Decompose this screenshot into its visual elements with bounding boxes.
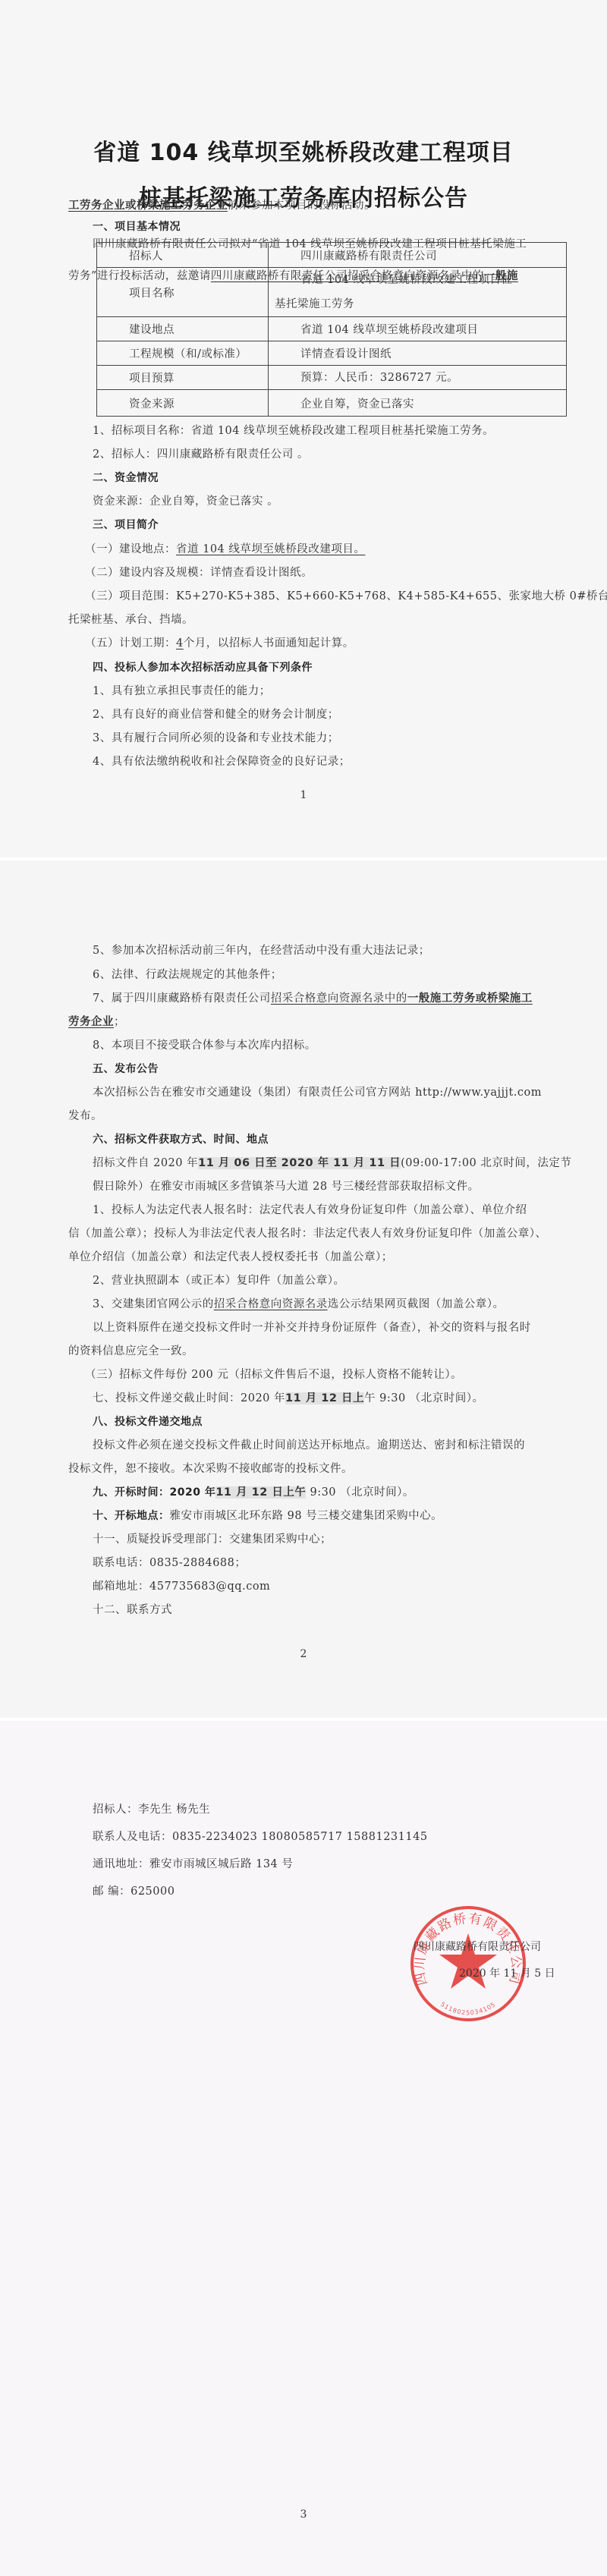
section-7-deadline: 七、投标文件递交截止时间：2020 年11 月 12 日上午 9:30 （北京时… (93, 1392, 484, 1405)
section-6-time-line1: 招标文件自 2020 年11 月 06 日至 2020 年 11 月 11 日(… (93, 1156, 571, 1170)
section-11-email: 邮箱地址：457735683@qq.com (93, 1580, 270, 1593)
table-key: 建设地点 (97, 317, 269, 341)
table-key: 资金来源 (97, 390, 269, 417)
section-6-time-line2: 假日除外）在雅安市雨城区多营镇茶马大道 28 号三楼经营部获取招标文件。 (93, 1180, 480, 1194)
section-8-line1: 投标文件必须在递交投标文件截止时间前送达开标地点。逾期送达、密封和标注错误的 (93, 1439, 525, 1452)
section-3-content: （二）建设内容及规模：详情查看设计图纸。 (85, 566, 313, 580)
contact-address: 通讯地址：雅安市雨城区城后路 134 号 (93, 1857, 293, 1871)
table-row: 工程规模（和/或标准） 详情查看设计图纸 (97, 341, 567, 366)
intro-paragraph-line3: 工劳务企业或桥梁施工劳务企业前来参加本项目的投标活动。 (68, 199, 376, 212)
section-4-heading: 四、投标人参加本次招标活动应具备下列条件 (93, 661, 313, 675)
table-value: 预算：人民币：3286727 元。 (269, 366, 567, 390)
section-6-req1-line3: 单位介绍信（加盖公章）和法定代表人授权委托书（加盖公章）； (68, 1250, 393, 1264)
section-6-heading: 六、招标文件获取方式、时间、地点 (93, 1133, 269, 1146)
page-number: 2 (0, 1648, 607, 1660)
page-3 (0, 1721, 607, 2576)
table-key: 项目名称 (97, 268, 269, 317)
page-number: 3 (0, 2508, 607, 2521)
table-key: 工程规模（和/或标准） (97, 341, 269, 366)
section-6-req1-line2: 信（加盖公章）；投标人为非法定代表人报名时：非法定代表人有效身份证复印件（加盖公… (68, 1227, 547, 1241)
section-11-heading: 十一、质疑投诉受理部门：交建集团采购中心； (93, 1533, 332, 1546)
section-3-site: （一）建设地点：省道 104 线草坝至姚桥段改建项目。 (85, 543, 365, 556)
section-2-heading: 二、资金情况 (93, 471, 159, 485)
section-6-req3: 3、交建集团官网公示的招采合格意向资源名录选公示结果网页截图（加盖公章）。 (93, 1297, 504, 1311)
section-10-opening-location: 十、开标地点：雅安市雨城区北环东路 98 号三楼交建集团采购中心。 (93, 1509, 442, 1523)
condition-item: 4、具有依法缴纳税收和社会保障资金的良好记录； (93, 755, 351, 769)
table-row: 招标人 四川康藏路桥有限责任公司 (97, 243, 567, 268)
table-value: 省道 104 线草坝至姚桥段改建工程项目桩基托梁施工劳务 (269, 268, 567, 317)
page-2 (0, 860, 607, 1718)
section-3-scope-line2: 托梁桩基、承台、挡墙。 (68, 613, 193, 627)
condition-item: 6、法律、行政法规规定的其他条件； (93, 968, 282, 982)
section-6-fee: （三）招标文件每份 200 元（招标文件售后不退，投标人资格不能转让）。 (85, 1368, 462, 1382)
document-title-line1: 省道 104 线草坝至姚桥段改建工程项目 (0, 134, 607, 167)
section-8-heading: 八、投标文件递交地点 (93, 1415, 203, 1429)
condition-item-7-line2: 劳务企业； (68, 1015, 125, 1029)
section-11-phone: 联系电话：0835-2884688； (93, 1556, 246, 1570)
section-5-line1: 本次招标公告在雅安市交通建设（集团）有限责任公司官方网站 http://www.… (93, 1086, 542, 1099)
section-3-heading: 三、项目简介 (93, 518, 159, 532)
signature-date: 2020 年 11 月 5 日 (459, 1965, 555, 1980)
section-6-note-line2: 的资料信息应完全一致。 (68, 1345, 193, 1358)
table-key: 招标人 (97, 243, 269, 268)
section-1-item-2: 2、招标人：四川康藏路桥有限责任公司 。 (93, 448, 309, 461)
section-1-heading: 一、项目基本情况 (93, 220, 181, 234)
table-row: 项目预算 预算：人民币：3286727 元。 (97, 366, 567, 390)
section-6-req1-line1: 1、投标人为法定代表人报名时：法定代表人有效身份证复印件（加盖公章）、单位介绍 (93, 1203, 527, 1217)
table-key: 项目预算 (97, 366, 269, 390)
table-value: 详情查看设计图纸 (269, 341, 567, 366)
table-row: 资金来源 企业自筹，资金已落实 (97, 390, 567, 417)
section-8-line2: 投标文件，恕不接收。本次采购不接收邮寄的投标文件。 (68, 1462, 353, 1476)
section-3-period: （五）计划工期：4个月，以招标人书面通知起计算。 (85, 637, 354, 650)
section-3-scope-line1: （三）项目范围：K5+270-K5+385、K5+660-K5+768、K4+5… (85, 590, 607, 603)
section-1-item-1: 1、招标项目名称：省道 104 线草坝至姚桥段改建工程项目桩基托梁施工劳务。 (93, 424, 494, 438)
condition-item: 5、参加本次招标活动前三年内，在经营活动中没有重大违法记录； (93, 944, 430, 958)
section-9-opening-time: 九、开标时间：2020 年11 月 12 日上午 9:30 （北京时间）。 (93, 1486, 414, 1499)
section-12-heading: 十二、联系方式 (93, 1603, 172, 1617)
contact-tenderer: 招标人：李先生 杨先生 (93, 1803, 210, 1816)
section-6-note-line1: 以上资料原件在递交投标文件时一并补交并持身份证原件（备查），补交的资料与报名时 (93, 1321, 531, 1335)
table-value: 省道 104 线草坝至姚桥段改建项目 (269, 317, 567, 341)
company-seal-icon: 四川康藏路桥有限责任公司 5118025034105 (407, 1903, 529, 2024)
table-value: 四川康藏路桥有限责任公司 (269, 243, 567, 268)
section-2-text: 资金来源：企业自筹，资金已落实 。 (93, 495, 278, 508)
condition-item: 8、本项目不接受联合体参与本次库内招标。 (93, 1039, 316, 1052)
table-row: 建设地点 省道 104 线草坝至姚桥段改建项目 (97, 317, 567, 341)
section-6-req2: 2、营业执照副本（或正本）复印件（加盖公章）。 (93, 1274, 344, 1288)
table-value: 企业自筹，资金已落实 (269, 390, 567, 417)
table-row: 项目名称 省道 104 线草坝至姚桥段改建工程项目桩基托梁施工劳务 (97, 268, 567, 317)
project-info-table: 招标人 四川康藏路桥有限责任公司 项目名称 省道 104 线草坝至姚桥段改建工程… (96, 242, 567, 417)
svg-text:5118025034105: 5118025034105 (439, 2001, 497, 2016)
section-5-line2: 发布。 (68, 1109, 102, 1123)
condition-item: 1、具有独立承担民事责任的能力； (93, 684, 271, 698)
section-5-heading: 五、发布公告 (93, 1062, 159, 1076)
signature-company: 四川康藏路桥有限责任公司 (414, 1939, 541, 1954)
condition-item: 2、具有良好的商业信誉和健全的财务会计制度； (93, 708, 339, 722)
condition-item-7-line1: 7、属于四川康藏路桥有限责任公司招采合格意向资源名录中的一般施工劳务或桥梁施工 (93, 992, 533, 1005)
contact-postcode: 邮 编：625000 (93, 1885, 175, 1898)
page-number: 1 (0, 789, 607, 801)
condition-item: 3、具有履行合同所必须的设备和专业技术能力； (93, 731, 339, 745)
contact-phones: 联系人及电话：0835-2234023 18080585717 15881231… (93, 1830, 428, 1844)
